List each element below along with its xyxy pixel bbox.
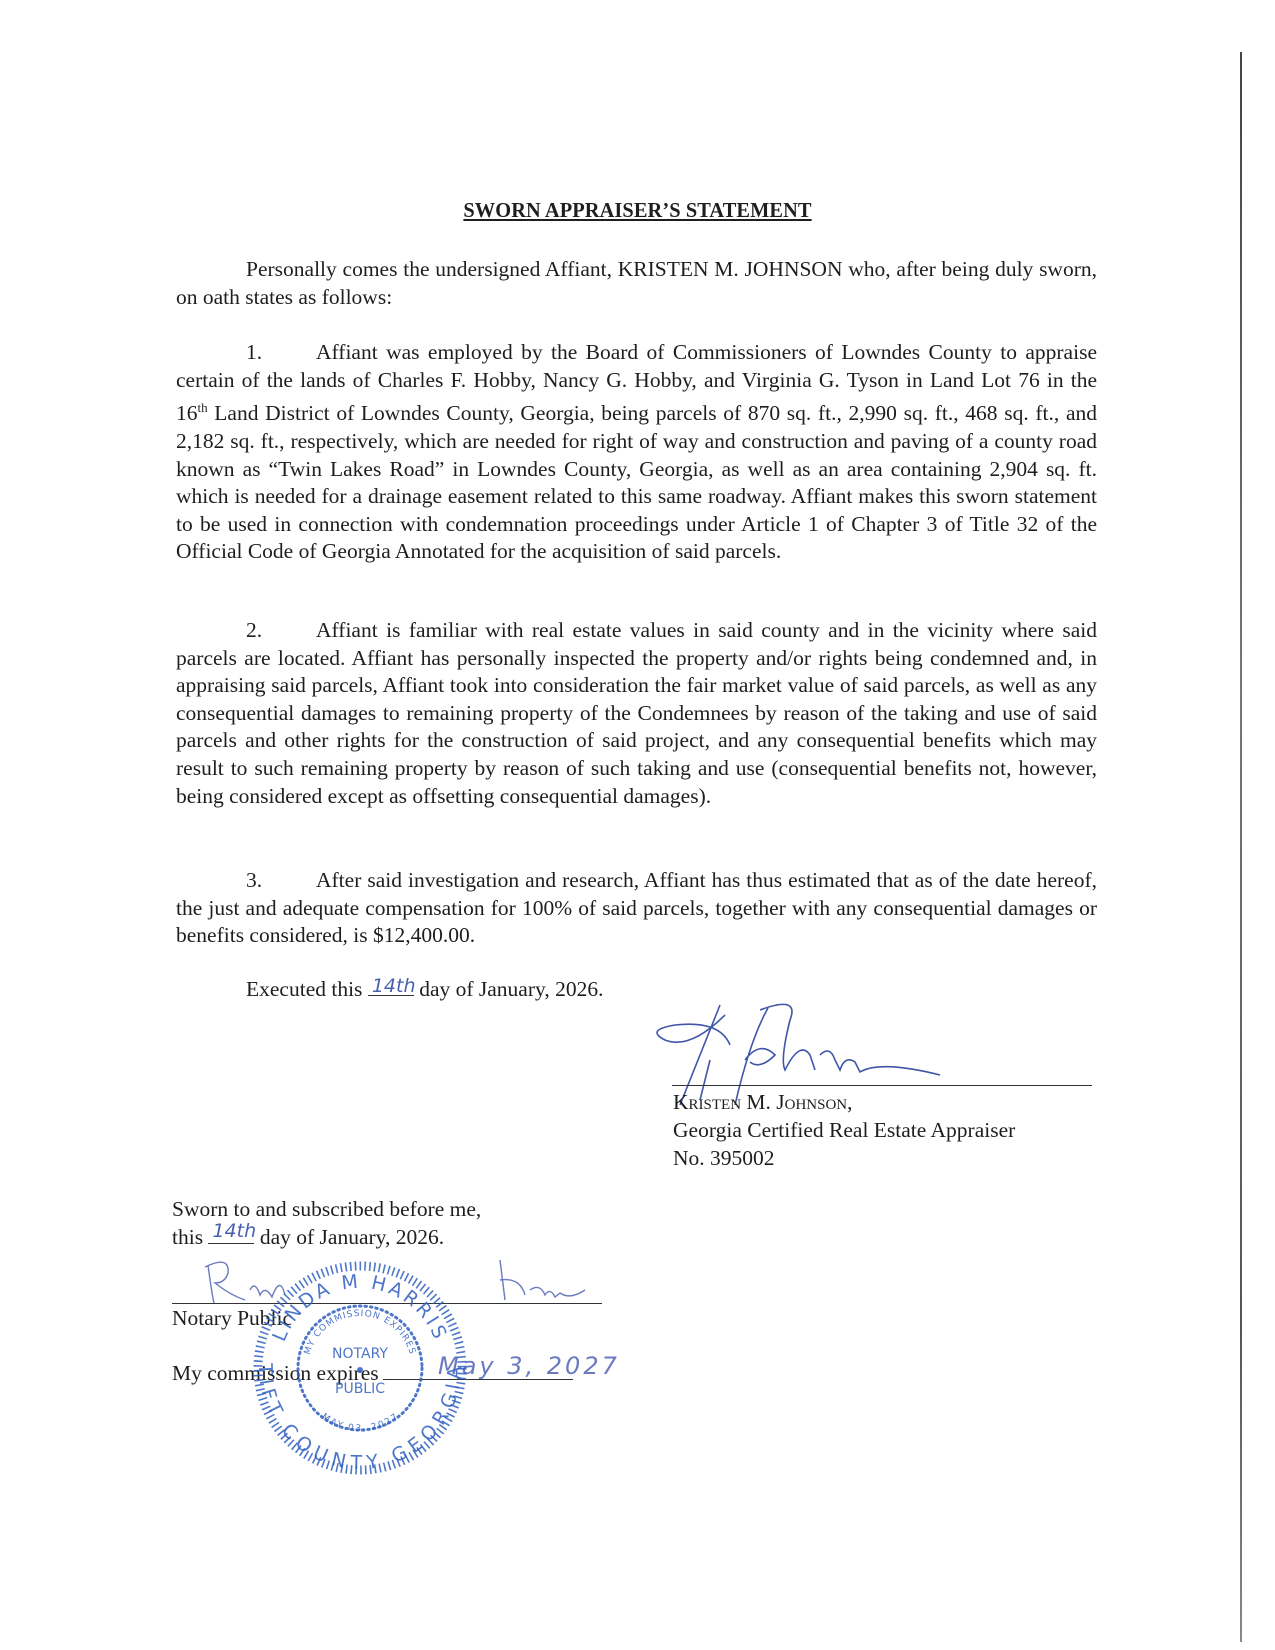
affiant-title: Georgia Certified Real Estate Appraiser bbox=[673, 1116, 1015, 1144]
intro-paragraph: Personally comes the undersigned Affiant… bbox=[176, 256, 1097, 311]
handwritten-day: 14th bbox=[212, 1217, 256, 1245]
scan-edge-line bbox=[1240, 52, 1242, 1642]
notary-day-field: 14th bbox=[208, 1223, 254, 1244]
svg-text:PUBLIC: PUBLIC bbox=[335, 1381, 385, 1397]
executed-day-field: 14th bbox=[368, 975, 414, 996]
paragraph-3: 3.After said investigation and research,… bbox=[176, 867, 1097, 950]
document-title: SWORN APPRAISER’S STATEMENT bbox=[19, 198, 1256, 223]
affiant-license: No. 395002 bbox=[673, 1144, 1015, 1172]
affiant-name: Kristen M. Johnson, bbox=[673, 1088, 1015, 1116]
paragraph-number: 3. bbox=[246, 867, 316, 895]
paragraph-1: 1.Affiant was employed by the Board of C… bbox=[176, 339, 1097, 566]
affiant-signature-block: Kristen M. Johnson, Georgia Certified Re… bbox=[673, 1088, 1015, 1172]
notary-jurat: Sworn to and subscribed before me, this … bbox=[172, 1195, 481, 1251]
svg-text:TIFT COUNTY GEORGIA: TIFT COUNTY GEORGIA bbox=[254, 1362, 466, 1474]
executed-line: Executed this 14th day of January, 2026. bbox=[246, 975, 603, 1002]
handwritten-day: 14th bbox=[372, 975, 416, 997]
svg-text:NOTARY: NOTARY bbox=[332, 1346, 388, 1362]
svg-text:LINDA M HARRIS: LINDA M HARRIS bbox=[268, 1271, 452, 1345]
svg-text:MAY 03, 2027: MAY 03, 2027 bbox=[320, 1412, 401, 1434]
affiant-signature-line bbox=[672, 1085, 1092, 1086]
paragraph-number: 1. bbox=[246, 339, 316, 367]
intro-text: Personally comes the undersigned Affiant… bbox=[176, 257, 1097, 309]
notary-seal-icon: LINDA M HARRIS TIFT COUNTY GEORGIA MY CO… bbox=[250, 1258, 470, 1478]
paragraph-2: 2.Affiant is familiar with real estate v… bbox=[176, 617, 1097, 810]
paragraph-number: 2. bbox=[246, 617, 316, 645]
